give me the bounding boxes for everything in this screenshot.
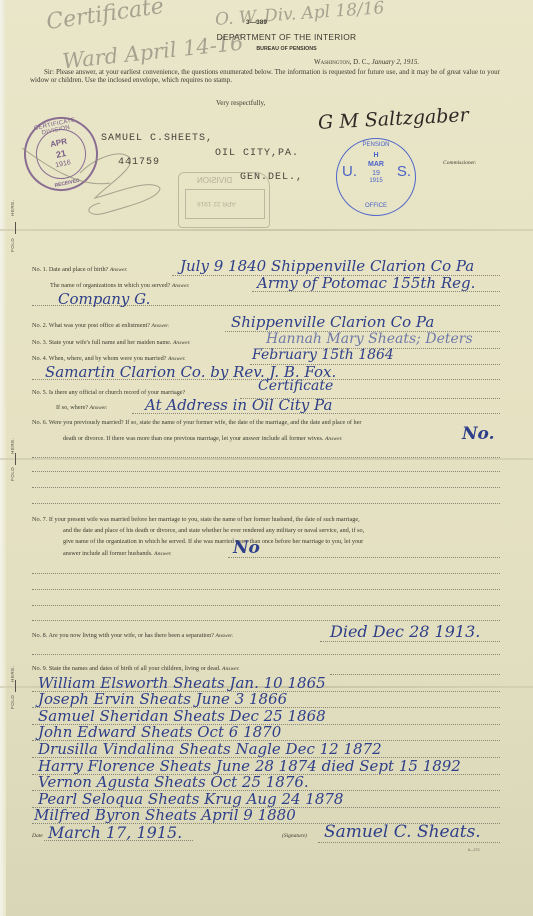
question-text: State the names and dates of birth of al… (49, 665, 221, 672)
fold-label-1-fold: FOLD (10, 234, 22, 252)
commissioner-signature: G M Saltzgaber (318, 104, 470, 134)
question-number: No. 2. (32, 322, 47, 329)
answer-label: Answer. (152, 323, 170, 329)
date-value: March 17, 1915. (48, 823, 182, 842)
question-number: No. 6. (32, 419, 47, 426)
pension-number: 441759 (118, 157, 160, 168)
question-7: No. 7. If your present wife was married … (32, 517, 360, 523)
answer-wife-name: Hannah Mary Sheats; Deters (266, 331, 473, 347)
question-9: No. 9. State the names and dates of birt… (32, 666, 240, 673)
question-7-line2: and the date and place of his death or d… (63, 528, 364, 534)
question-number: No. 5. (32, 389, 47, 396)
question-text: Is there any official or church record o… (49, 389, 185, 396)
question-text: If your present wife was married before … (49, 516, 360, 523)
question-3: No. 3. State your wife's full name and h… (32, 340, 191, 347)
answer-label: Answer. (154, 551, 172, 557)
question-5b: If so, where? Answer. (56, 405, 107, 412)
fold-label-3-here: HERE. (10, 662, 22, 682)
answer-label: Answer. (222, 666, 240, 672)
question-1: No. 1. Date and place of birth? Answer. (32, 267, 127, 274)
question-2: No. 2. What was your post office at enli… (32, 323, 169, 330)
question-text: If so, where? (56, 404, 88, 411)
child-entry: Milfred Byron Sheats April 9 1880 (34, 806, 296, 824)
fold-line-middle (0, 458, 533, 460)
answer-label: Answer. (172, 283, 190, 289)
fold-label-2-here: HERE. (10, 434, 22, 454)
print-code: 6—272 (468, 848, 480, 852)
form-number: 3—389 (246, 19, 267, 26)
answer-record-location: At Address in Oil City Pa (145, 396, 332, 414)
department-title: DEPARTMENT OF THE INTERIOR (0, 32, 533, 42)
question-8: No. 8. Are you now living with your wife… (32, 633, 233, 640)
question-number: No. 4. (32, 355, 47, 362)
answer-marriage-date: February 15th 1864 (252, 347, 394, 363)
division-box-date: APR 22 1916 (197, 200, 236, 207)
question-number: No. 9. (32, 665, 47, 672)
pencil-note-division: O. W. Div. Apl 18/16 (215, 0, 385, 30)
answer-separation: Died Dec 28 1913. (330, 622, 480, 641)
question-4: No. 4. When, where, and by whom were you… (32, 356, 186, 363)
place-label: Washington, D. C., (314, 58, 372, 66)
answer-label: Answer. (216, 633, 234, 639)
fold-line-top (0, 229, 533, 231)
division-box-top: DIVISION (197, 176, 232, 185)
pension-office-stamp: PENSION H MAR 19 1915 U. S. OFFICE (336, 138, 416, 216)
question-text: The name of organizations in which you s… (50, 282, 170, 289)
bureau-title: BUREAU OF PENSIONS (0, 46, 533, 52)
answer-record: Certificate (258, 378, 333, 394)
question-text: Were you previously married? If so, stat… (49, 419, 362, 426)
answer-label: Answer. (325, 436, 343, 442)
question-number: No. 8. (32, 632, 47, 639)
question-number: No. 3. (32, 339, 47, 346)
signature-label: (Signature) (282, 833, 307, 839)
pension-questionnaire-page: Certificate O. W. Div. Apl 18/16 Ward Ap… (0, 0, 533, 916)
answer-label: Answer. (90, 405, 108, 411)
child-entry: Vernon Agusta Sheats Oct 25 1876. (38, 773, 309, 791)
commissioner-title: Commissioner. (443, 160, 476, 166)
addressee-name: SAMUEL C.SHEETS, (101, 133, 213, 144)
child-entry: Drusilla Vindalina Sheats Nagle Dec 12 1… (38, 740, 382, 758)
pension-stamp-top: PENSION (337, 142, 415, 148)
question-text: State your wife's full name and her maid… (49, 339, 172, 346)
question-1b: The name of organizations in which you s… (50, 283, 189, 290)
applicant-signature: Samuel C. Sheats. (324, 822, 481, 842)
answer-label: Answer. (110, 267, 128, 273)
place-date: Washington, D. C., January 2, 1915. (314, 58, 419, 66)
fold-label-2-fold: FOLD (10, 463, 22, 481)
question-6-cont: death or divorce. If there was more than… (63, 436, 343, 443)
question-text: Are you now living with your wife, or ha… (49, 632, 214, 639)
letter-closing: Very respectfully, (216, 99, 265, 107)
answer-post-office: Shippenville Clarion Co Pa (231, 313, 434, 331)
pencil-note-certificate: Certificate (45, 0, 166, 35)
pension-stamp-letter: H (337, 152, 415, 159)
fold-label-3-fold: FOLD (10, 691, 22, 709)
question-text: answer include all former husbands. (63, 550, 153, 557)
answer-previous-marriage: No. (462, 424, 495, 444)
question-6: No. 6. Were you previously married? If s… (32, 420, 361, 426)
question-text: When, where, and by whom were you marrie… (49, 355, 167, 362)
question-7-line3: give name of the organization in which h… (63, 539, 363, 545)
fold-label-1-here: HERE. (10, 196, 22, 216)
date-label: Date (32, 833, 43, 839)
child-entry: Joseph Ervin Sheats June 3 1866 (38, 690, 287, 708)
question-number: No. 1. (32, 266, 47, 273)
child-entry: John Edward Sheats Oct 6 1870 (38, 723, 281, 741)
answer-birth: July 9 1840 Shippenville Clarion Co Pa (180, 257, 474, 275)
pension-stamp-right: S. (397, 163, 411, 180)
fold-mark-1 (15, 222, 16, 234)
question-7-line4: answer include all former husbands. Answ… (63, 551, 172, 558)
pension-stamp-bottom: OFFICE (337, 203, 415, 209)
answer-label: Answer. (173, 340, 191, 346)
question-text: What was your post office at enlistment? (49, 322, 150, 329)
answer-company: Company G. (58, 290, 150, 308)
letter-date: January 2, 1915. (372, 58, 419, 66)
answer-organization: Army of Potomac 155th Reg. (257, 274, 475, 292)
division-box-stamp: DIVISION APR 22 1916 (178, 172, 270, 228)
answer-label: Answer. (168, 356, 186, 362)
letter-body: Sir: Please answer, at your earliest con… (30, 68, 500, 85)
answer-wife-previous: No (233, 538, 260, 558)
question-number: No. 7. (32, 516, 47, 523)
pension-stamp-left: U. (342, 163, 357, 180)
addressee-city: OIL CITY,PA. (215, 148, 299, 159)
question-text: Date and place of birth? (49, 266, 108, 273)
question-text: death or divorce. If there was more than… (63, 435, 323, 442)
